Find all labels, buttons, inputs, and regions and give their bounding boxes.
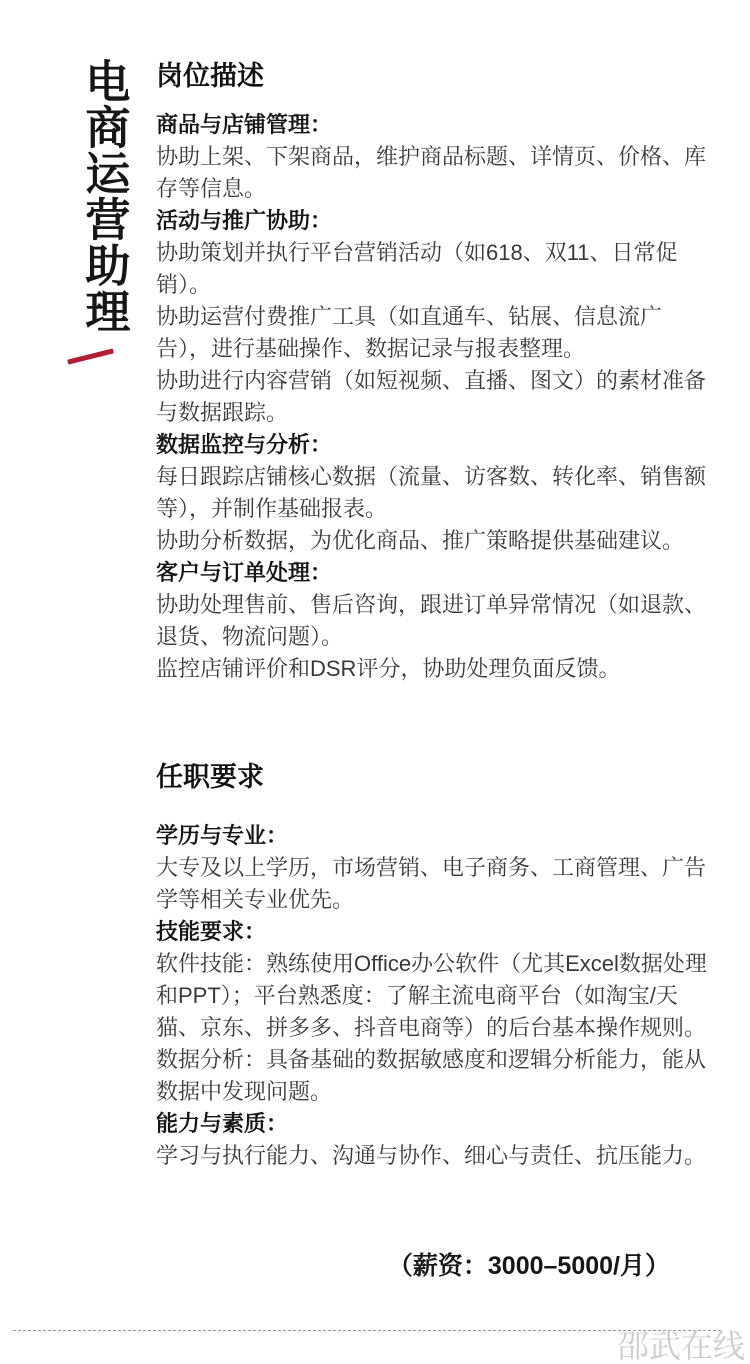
paragraph-label: 数据监控与分析： [156, 429, 712, 461]
paragraph-label: 学历与专业： [156, 820, 712, 852]
paragraph-text: 协助处理售前、售后咨询，跟进订单异常情况（如退款、退货、物流问题）。 [156, 589, 712, 653]
paragraph-text: 协助策划并执行平台营销活动（如618、双11、日常促销）。 [156, 237, 712, 301]
paragraph-label: 能力与素质： [156, 1108, 712, 1140]
red-slash-decoration [67, 348, 114, 364]
paragraph-label: 技能要求： [156, 916, 712, 948]
paragraph-text: 协助运营付费推广工具（如直通车、钻展、信息流广告），进行基础操作、数据记录与报表… [156, 301, 712, 365]
job-title-vertical: 电商运营助理 [78, 58, 128, 334]
paragraph-label: 商品与店铺管理： [156, 109, 712, 141]
requirements-paragraphs: 学历与专业：大专及以上学历，市场营销、电子商务、工商管理、广告学等相关专业优先。… [156, 820, 712, 1172]
paragraph-label: 客户与订单处理： [156, 557, 712, 589]
footer-dashed-divider [13, 1330, 721, 1331]
paragraph-text: 协助上架、下架商品，维护商品标题、详情页、价格、库存等信息。 [156, 141, 712, 205]
content-column: 岗位描述 商品与店铺管理：协助上架、下架商品，维护商品标题、详情页、价格、库存等… [156, 60, 712, 1172]
job-poster-page: 电商运营助理 岗位描述 商品与店铺管理：协助上架、下架商品，维护商品标题、详情页… [0, 0, 750, 1364]
paragraph-text: 协助分析数据，为优化商品、推广策略提供基础建议。 [156, 525, 712, 557]
paragraph-text: 学习与执行能力、沟通与协作、细心与责任、抗压能力。 [156, 1140, 712, 1172]
watermark-site-name: 邵武在线 [617, 1321, 745, 1364]
paragraph-text: 软件技能：熟练使用Office办公软件（尤其Excel数据处理和PPT）；平台熟… [156, 948, 712, 1044]
paragraph-text: 监控店铺评价和DSR评分，协助处理负面反馈。 [156, 653, 712, 685]
job-description-paragraphs: 商品与店铺管理：协助上架、下架商品，维护商品标题、详情页、价格、库存等信息。活动… [156, 109, 712, 685]
paragraph-text: 数据分析：具备基础的数据敏感度和逻辑分析能力，能从数据中发现问题。 [156, 1044, 712, 1108]
section-requirements: 任职要求 学历与专业：大专及以上学历，市场营销、电子商务、工商管理、广告学等相关… [156, 761, 712, 1172]
paragraph-text: 大专及以上学历，市场营销、电子商务、工商管理、广告学等相关专业优先。 [156, 852, 712, 916]
paragraph-text: 协助进行内容营销（如短视频、直播、图文）的素材准备与数据跟踪。 [156, 365, 712, 429]
salary-line: （薪资：3000–5000/月） [388, 1246, 670, 1282]
section-heading-requirements: 任职要求 [156, 761, 712, 793]
paragraph-label: 活动与推广协助： [156, 205, 712, 237]
section-job-description: 岗位描述 商品与店铺管理：协助上架、下架商品，维护商品标题、详情页、价格、库存等… [156, 60, 712, 685]
paragraph-text: 每日跟踪店铺核心数据（流量、访客数、转化率、销售额等），并制作基础报表。 [156, 461, 712, 525]
section-heading-job-description: 岗位描述 [156, 60, 712, 92]
